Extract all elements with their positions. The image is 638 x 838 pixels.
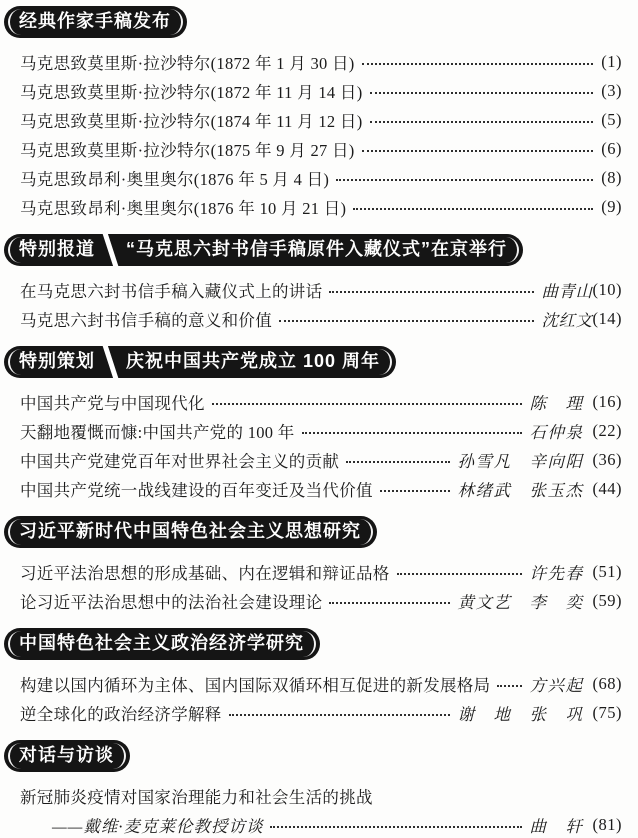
page-number: (36)	[593, 450, 623, 470]
banner-label: 特别报道	[19, 238, 95, 260]
toc-entry-title: 马克思六封书信手稿的意义和价值	[20, 307, 272, 331]
dotted-leader	[346, 461, 449, 463]
author-names: 石仲泉	[530, 419, 584, 443]
page-number: (16)	[593, 392, 623, 412]
dotted-leader	[270, 826, 521, 828]
page-number: (9)	[601, 197, 622, 217]
page-number: (5)	[601, 110, 622, 130]
author-names: 黄文艺 李 奕	[458, 589, 584, 613]
toc-entry-title: 逆全球化的政治经济学解释	[20, 701, 222, 725]
toc-entry-row: 马克思致莫里斯·拉沙特尔(1874 年 11 月 12 日) (5)	[6, 105, 630, 134]
page-number: (3)	[601, 81, 622, 101]
dotted-leader	[229, 714, 450, 716]
toc-entry-title: 马克思致莫里斯·拉沙特尔(1872 年 11 月 14 日)	[20, 79, 363, 103]
author-names: 方兴起	[530, 672, 584, 696]
toc-page: 经典作家手稿发布 马克思致莫里斯·拉沙特尔(1872 年 1 月 30 日) (…	[6, 6, 630, 838]
toc-entry-title: 马克思致昂利·奥里奥尔(1876 年 5 月 4 日)	[20, 166, 329, 190]
dotted-leader	[362, 150, 594, 152]
banner-divider	[103, 234, 119, 266]
page-number: (44)	[593, 479, 623, 499]
page-number: (14)	[593, 309, 623, 329]
section-entries: 中国共产党与中国现代化 陈 理 (16) 天翻地覆慨而慷:中国共产党的 100 …	[6, 387, 630, 503]
toc-entry-title: 马克思致莫里斯·拉沙特尔(1875 年 9 月 27 日)	[20, 137, 355, 161]
toc-entry-row: 论习近平法治思想中的法治社会建设理论 黄文艺 李 奕 (59)	[6, 586, 630, 615]
toc-entry-row: 天翻地覆慨而慷:中国共产党的 100 年 石仲泉 (22)	[6, 416, 630, 445]
toc-entry-title: 论习近平法治思想中的法治社会建设理论	[20, 589, 322, 613]
banner-sublabel: “马克思六封书信手稿原件入藏仪式”在京举行	[126, 238, 507, 260]
toc-entry-title: 构建以国内循环为主体、国内国际双循环相互促进的新发展格局	[20, 672, 490, 696]
dotted-leader	[380, 490, 450, 492]
toc-entry-row: 中国共产党统一战线建设的百年变迁及当代价值 林绪武 张玉杰 (44)	[6, 474, 630, 503]
toc-section: 特别策划 庆祝中国共产党成立 100 周年 中国共产党与中国现代化 陈 理 (1…	[6, 346, 630, 503]
dotted-leader	[336, 179, 593, 181]
section-banner: 经典作家手稿发布	[4, 6, 187, 38]
toc-entry-row: 构建以国内循环为主体、国内国际双循环相互促进的新发展格局 方兴起 (68)	[6, 669, 630, 698]
dotted-leader	[279, 320, 534, 322]
section-entries: 构建以国内循环为主体、国内国际双循环相互促进的新发展格局 方兴起 (68) 逆全…	[6, 669, 630, 727]
toc-section: 中国特色社会主义政治经济学研究 构建以国内循环为主体、国内国际双循环相互促进的新…	[6, 628, 630, 727]
author-names: 曲 轩	[530, 813, 584, 837]
dotted-leader	[362, 63, 594, 65]
page-number: (22)	[593, 421, 623, 441]
dotted-leader	[302, 432, 522, 434]
banner-label: 习近平新时代中国特色社会主义思想研究	[19, 520, 361, 542]
toc-section: 习近平新时代中国特色社会主义思想研究 习近平法治思想的形成基础、内在逻辑和辩证品…	[6, 516, 630, 615]
page-number: (8)	[601, 168, 622, 188]
page-number: (59)	[593, 591, 623, 611]
toc-entry-title: 新冠肺炎疫情对国家治理能力和社会生活的挑战	[20, 784, 373, 808]
section-entries: 新冠肺炎疫情对国家治理能力和社会生活的挑战 ——戴维·麦克莱伦教授访谈 曲 轩 …	[6, 781, 630, 838]
banner-divider	[103, 346, 119, 378]
section-entries: 马克思致莫里斯·拉沙特尔(1872 年 1 月 30 日) (1) 马克思致莫里…	[6, 47, 630, 221]
page-number: (10)	[593, 280, 623, 300]
section-banner: 中国特色社会主义政治经济学研究	[4, 628, 320, 660]
dotted-leader	[353, 208, 593, 210]
toc-entry-title: 马克思致昂利·奥里奥尔(1876 年 10 月 21 日)	[20, 195, 346, 219]
author-names: 曲青山	[542, 278, 593, 302]
section-banner: 特别策划 庆祝中国共产党成立 100 周年	[4, 346, 396, 378]
dotted-leader	[329, 291, 533, 293]
toc-entry-row: 马克思致莫里斯·拉沙特尔(1872 年 1 月 30 日) (1)	[6, 47, 630, 76]
author-names: 许先春	[530, 560, 584, 584]
author-names: 沈红文	[542, 307, 593, 331]
page-number: (51)	[593, 562, 623, 582]
page-number: (81)	[593, 815, 623, 835]
toc-entry-title: 马克思致莫里斯·拉沙特尔(1872 年 1 月 30 日)	[20, 50, 355, 74]
toc-entry-row: 马克思致昂利·奥里奥尔(1876 年 10 月 21 日) (9)	[6, 192, 630, 221]
toc-entry-title: 中国共产党与中国现代化	[20, 390, 205, 414]
toc-entry-row: 马克思致昂利·奥里奥尔(1876 年 5 月 4 日) (8)	[6, 163, 630, 192]
toc-entry-title: 中国共产党统一战线建设的百年变迁及当代价值	[20, 477, 373, 501]
section-entries: 在马克思六封书信手稿入藏仪式上的讲话 曲青山 (10) 马克思六封书信手稿的意义…	[6, 275, 630, 333]
page-number: (1)	[601, 52, 622, 72]
dotted-leader	[370, 92, 594, 94]
toc-entry-row: 在马克思六封书信手稿入藏仪式上的讲话 曲青山 (10)	[6, 275, 630, 304]
dotted-leader	[329, 602, 449, 604]
toc-entry-row: 马克思致莫里斯·拉沙特尔(1872 年 11 月 14 日) (3)	[6, 76, 630, 105]
banner-label: 中国特色社会主义政治经济学研究	[19, 632, 304, 654]
toc-entry-row: 马克思致莫里斯·拉沙特尔(1875 年 9 月 27 日) (6)	[6, 134, 630, 163]
toc-entry-row: 中国共产党建党百年对世界社会主义的贡献 孙雪凡 辛向阳 (36)	[6, 445, 630, 474]
toc-entry-row: 新冠肺炎疫情对国家治理能力和社会生活的挑战	[6, 781, 630, 810]
author-names: 谢 地 张 巩	[458, 701, 584, 725]
toc-entry-row: 中国共产党与中国现代化 陈 理 (16)	[6, 387, 630, 416]
dotted-leader	[397, 573, 522, 575]
banner-label: 经典作家手稿发布	[19, 10, 171, 32]
page-number: (68)	[593, 674, 623, 694]
toc-entry-title: 中国共产党建党百年对世界社会主义的贡献	[20, 448, 339, 472]
section-banner: 对话与访谈	[4, 740, 130, 772]
dotted-leader	[497, 685, 521, 687]
toc-entry-title: 马克思致莫里斯·拉沙特尔(1874 年 11 月 12 日)	[20, 108, 363, 132]
toc-entry-title: ——戴维·麦克莱伦教授访谈	[52, 813, 263, 837]
section-entries: 习近平法治思想的形成基础、内在逻辑和辩证品格 许先春 (51) 论习近平法治思想…	[6, 557, 630, 615]
toc-section: 对话与访谈 新冠肺炎疫情对国家治理能力和社会生活的挑战 ——戴维·麦克莱伦教授访…	[6, 740, 630, 838]
section-banner: 特别报道 “马克思六封书信手稿原件入藏仪式”在京举行	[4, 234, 523, 266]
author-names: 陈 理	[530, 390, 584, 414]
toc-entry-title: 天翻地覆慨而慷:中国共产党的 100 年	[20, 419, 295, 443]
toc-entry-row: 逆全球化的政治经济学解释 谢 地 张 巩 (75)	[6, 698, 630, 727]
page-number: (6)	[601, 139, 622, 159]
toc-section: 特别报道 “马克思六封书信手稿原件入藏仪式”在京举行 在马克思六封书信手稿入藏仪…	[6, 234, 630, 333]
dotted-leader	[370, 121, 594, 123]
section-banner: 习近平新时代中国特色社会主义思想研究	[4, 516, 377, 548]
banner-sublabel: 庆祝中国共产党成立 100 周年	[126, 350, 380, 372]
author-names: 孙雪凡 辛向阳	[458, 448, 584, 472]
page-number: (75)	[593, 703, 623, 723]
banner-label: 特别策划	[19, 350, 95, 372]
toc-entry-row: ——戴维·麦克莱伦教授访谈 曲 轩 (81)	[6, 810, 630, 838]
toc-entry-title: 在马克思六封书信手稿入藏仪式上的讲话	[20, 278, 322, 302]
toc-entry-row: 习近平法治思想的形成基础、内在逻辑和辩证品格 许先春 (51)	[6, 557, 630, 586]
toc-entry-title: 习近平法治思想的形成基础、内在逻辑和辩证品格	[20, 560, 390, 584]
toc-section: 经典作家手稿发布 马克思致莫里斯·拉沙特尔(1872 年 1 月 30 日) (…	[6, 6, 630, 221]
toc-entry-row: 马克思六封书信手稿的意义和价值 沈红文 (14)	[6, 304, 630, 333]
banner-label: 对话与访谈	[19, 744, 114, 766]
toc-sections: 经典作家手稿发布 马克思致莫里斯·拉沙特尔(1872 年 1 月 30 日) (…	[6, 6, 630, 838]
author-names: 林绪武 张玉杰	[458, 477, 584, 501]
dotted-leader	[212, 403, 522, 405]
